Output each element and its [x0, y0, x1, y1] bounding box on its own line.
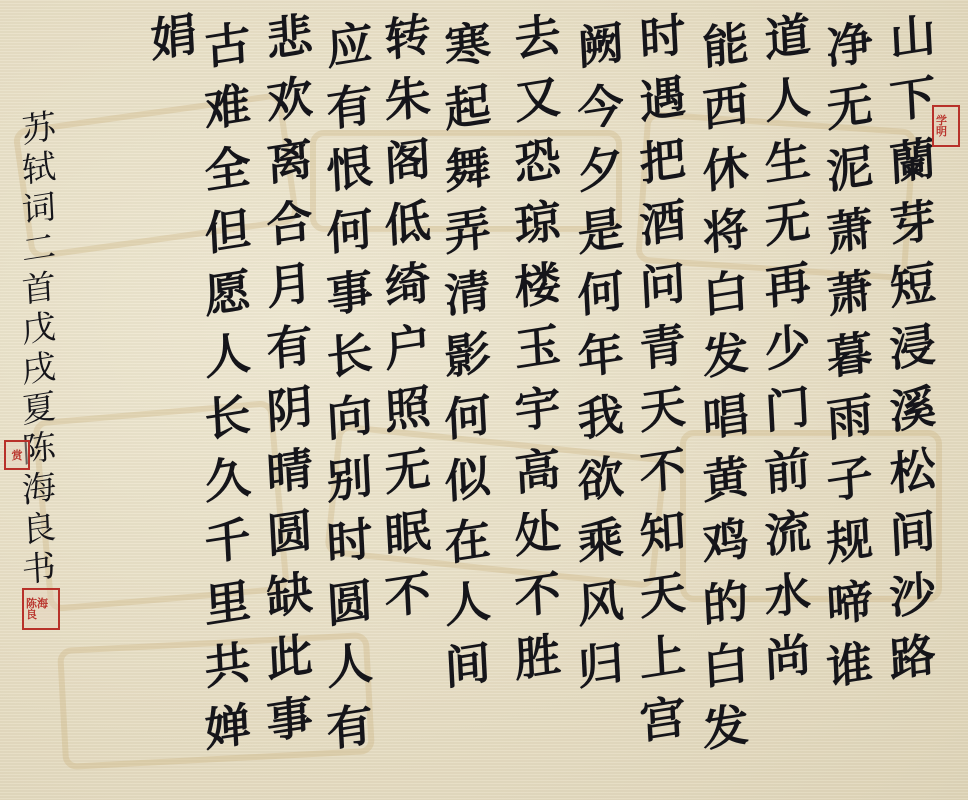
calligraphy-character: 事 — [265, 693, 314, 762]
poem-column: 古难全但愿人长久千里共婵 — [205, 22, 251, 766]
inscription-text: 苏轼词二首戊戌夏陈海良书 — [22, 112, 56, 592]
calligraphy-character: 发 — [701, 701, 750, 770]
poem-column: 净无泥萧萧暮雨子规啼谁 — [827, 22, 873, 704]
calligraphy-character: 谁 — [825, 639, 874, 708]
red-seal-stamp: 学明 — [932, 105, 960, 147]
calligraphy-character: 娟 — [149, 11, 198, 80]
poem-column: 道人生无再少门前流水尚 — [765, 14, 811, 696]
poem-column: 应有恨何事长向别时圆人有 — [327, 22, 373, 766]
calligraphy-character: 路 — [888, 631, 937, 700]
poem-column: 时遇把酒问青天不知天上宫 — [640, 14, 686, 758]
calligraphy-character: 宫 — [638, 693, 687, 762]
poem-column: 去又恐琼楼玉宇高处不胜 — [515, 14, 561, 696]
poem-column: 山下蘭芽短浸溪松间沙路 — [890, 14, 936, 696]
red-seal-stamp: 赏 — [4, 440, 30, 470]
poem-column: 寒起舞弄清影何似在人间 — [445, 22, 491, 704]
poem-column: 阙今夕是何年我欲乘风归 — [578, 22, 624, 704]
calligraphy-character: 不 — [383, 569, 432, 638]
poem-column: 悲欢离合月有阴晴圆缺此事 — [267, 14, 313, 758]
poem-column: 娟 — [151, 14, 197, 76]
poem-column: 转朱阁低绮户照无眠不 — [385, 14, 431, 634]
calligraphy-character: 间 — [443, 639, 492, 708]
calligraphy-artwork: 山下蘭芽短浸溪松间沙路净无泥萧萧暮雨子规啼谁道人生无再少门前流水尚能西休将白发唱… — [0, 0, 968, 800]
calligraphy-character: 有 — [325, 701, 374, 770]
poem-column: 能西休将白发唱黄鸡的白发 — [703, 22, 749, 766]
calligraphy-character: 归 — [576, 639, 625, 708]
red-seal-stamp: 陈海良 — [22, 588, 60, 630]
calligraphy-character: 婵 — [203, 701, 252, 770]
calligraphy-character: 尚 — [763, 631, 812, 700]
calligraphy-character: 胜 — [513, 631, 562, 700]
